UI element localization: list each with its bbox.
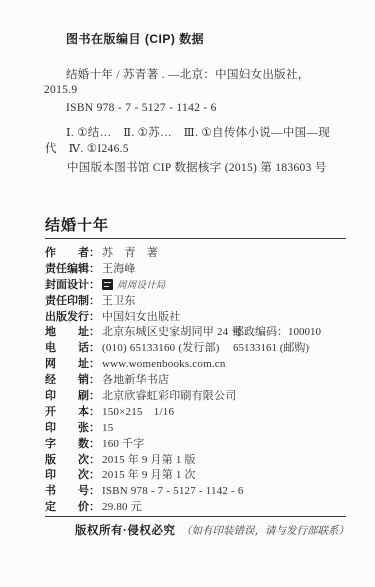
row-value: 北京东城区史家胡同甲 24 号 bbox=[102, 326, 243, 338]
row-value: 2015 年 9 月第 1 次 bbox=[102, 469, 196, 481]
table-row: 定 价：29.80 元 bbox=[45, 500, 355, 516]
row-label: 印 刷： bbox=[45, 389, 102, 405]
row-label: 出版发行： bbox=[45, 310, 102, 326]
cip-classification-line2: 代 Ⅳ. ①I246.5 bbox=[45, 140, 129, 156]
table-row: 字 数：160 千字 bbox=[45, 437, 355, 453]
row-label: 印 张： bbox=[45, 421, 102, 437]
footer-divider-line bbox=[45, 516, 346, 517]
row-value: 15 bbox=[102, 422, 113, 434]
cip-entry-line2: 2015.9 bbox=[44, 84, 77, 96]
row-label: 地 址： bbox=[45, 325, 102, 341]
row-value: 2015 年 9 月第 1 版 bbox=[102, 454, 196, 466]
table-row: 电 话：(010) 65133160 (发行部)65133161 (邮购) bbox=[45, 341, 355, 357]
row-value: 苏 青 著 bbox=[102, 247, 158, 259]
table-row: 印 刷：北京欣睿虹彩印刷有限公司 bbox=[45, 389, 355, 405]
row-label: 网 址： bbox=[45, 357, 102, 373]
row-value: 160 千字 bbox=[102, 438, 144, 450]
title-divider-line bbox=[45, 238, 346, 239]
row-value: ISBN 978 - 7 - 5127 - 1142 - 6 bbox=[102, 485, 244, 497]
row-extra-value: 65133161 (邮购) bbox=[233, 341, 309, 357]
row-label: 经 销： bbox=[45, 373, 102, 389]
table-row: 印 次：2015 年 9 月第 1 次 bbox=[45, 468, 355, 484]
row-value: 王卫东 bbox=[102, 295, 136, 307]
table-row: 印 张：15 bbox=[45, 421, 355, 437]
row-value: 29.80 元 bbox=[102, 501, 142, 513]
copyright-page: 图书在版编目 (CIP) 数据 结婚十年 / 苏青著 . —北京：中国妇女出版社… bbox=[0, 0, 375, 587]
cip-header: 图书在版编目 (CIP) 数据 bbox=[66, 30, 204, 47]
table-row: 出版发行：中国妇女出版社 bbox=[45, 310, 355, 326]
copyright-notice: 版权所有·侵权必究 bbox=[75, 522, 175, 538]
row-label: 封面设计： bbox=[45, 278, 102, 294]
cip-classification-line1: Ⅰ. ①结… Ⅱ. ①苏… Ⅲ. ①自传体小说—中国—现 bbox=[66, 124, 330, 140]
table-row: 开 本：150×215 1/16 bbox=[45, 405, 355, 421]
zhouzhou-design-logo-icon bbox=[102, 279, 113, 290]
row-value: 王海峰 bbox=[102, 263, 136, 275]
colophon-table: 作 者：苏 青 著责任编辑：王海峰封面设计：周周设计局责任印制：王卫东出版发行：… bbox=[45, 246, 355, 516]
row-value: 周周设计局 bbox=[117, 281, 166, 291]
row-value: (010) 65133160 (发行部) bbox=[102, 342, 220, 354]
table-row: 责任编辑：王海峰 bbox=[45, 262, 355, 278]
table-row: 责任印制：王卫东 bbox=[45, 294, 355, 310]
row-label: 字 数： bbox=[45, 437, 102, 453]
table-row: 书 号：ISBN 978 - 7 - 5127 - 1142 - 6 bbox=[45, 484, 355, 500]
table-row: 版 次：2015 年 9 月第 1 版 bbox=[45, 453, 355, 469]
row-label: 电 话： bbox=[45, 341, 102, 357]
row-label: 作 者： bbox=[45, 246, 102, 262]
row-label: 印 次： bbox=[45, 468, 102, 484]
cip-record-number: 中国版本图书馆 CIP 数据核字 (2015) 第 183603 号 bbox=[67, 159, 327, 175]
book-title: 结婚十年 bbox=[45, 214, 109, 235]
misprint-note: （如有印装错误，请与发行部联系） bbox=[181, 523, 349, 538]
row-label: 责任编辑： bbox=[45, 262, 102, 278]
cip-isbn: ISBN 978 - 7 - 5127 - 1142 - 6 bbox=[66, 102, 217, 114]
table-row: 封面设计：周周设计局 bbox=[45, 278, 355, 294]
row-value: 北京欣睿虹彩印刷有限公司 bbox=[102, 390, 236, 402]
row-label: 开 本： bbox=[45, 405, 102, 421]
row-value: www.womenbooks.com.cn bbox=[102, 358, 226, 370]
table-row: 地 址：北京东城区史家胡同甲 24 号邮政编码：100010 bbox=[45, 325, 355, 341]
table-row: 经 销：各地新华书店 bbox=[45, 373, 355, 389]
row-label: 定 价： bbox=[45, 500, 102, 516]
table-row: 作 者：苏 青 著 bbox=[45, 246, 355, 262]
table-row: 网 址：www.womenbooks.com.cn bbox=[45, 357, 355, 373]
row-label: 版 次： bbox=[45, 453, 102, 469]
row-value: 各地新华书店 bbox=[102, 374, 169, 386]
row-label: 责任印制： bbox=[45, 294, 102, 310]
row-label: 书 号： bbox=[45, 484, 102, 500]
row-value: 150×215 1/16 bbox=[102, 406, 174, 418]
row-extra-value: 邮政编码：100010 bbox=[233, 325, 321, 341]
cip-entry-line1: 结婚十年 / 苏青著 . —北京：中国妇女出版社， bbox=[66, 66, 310, 82]
row-value: 中国妇女出版社 bbox=[102, 311, 180, 323]
